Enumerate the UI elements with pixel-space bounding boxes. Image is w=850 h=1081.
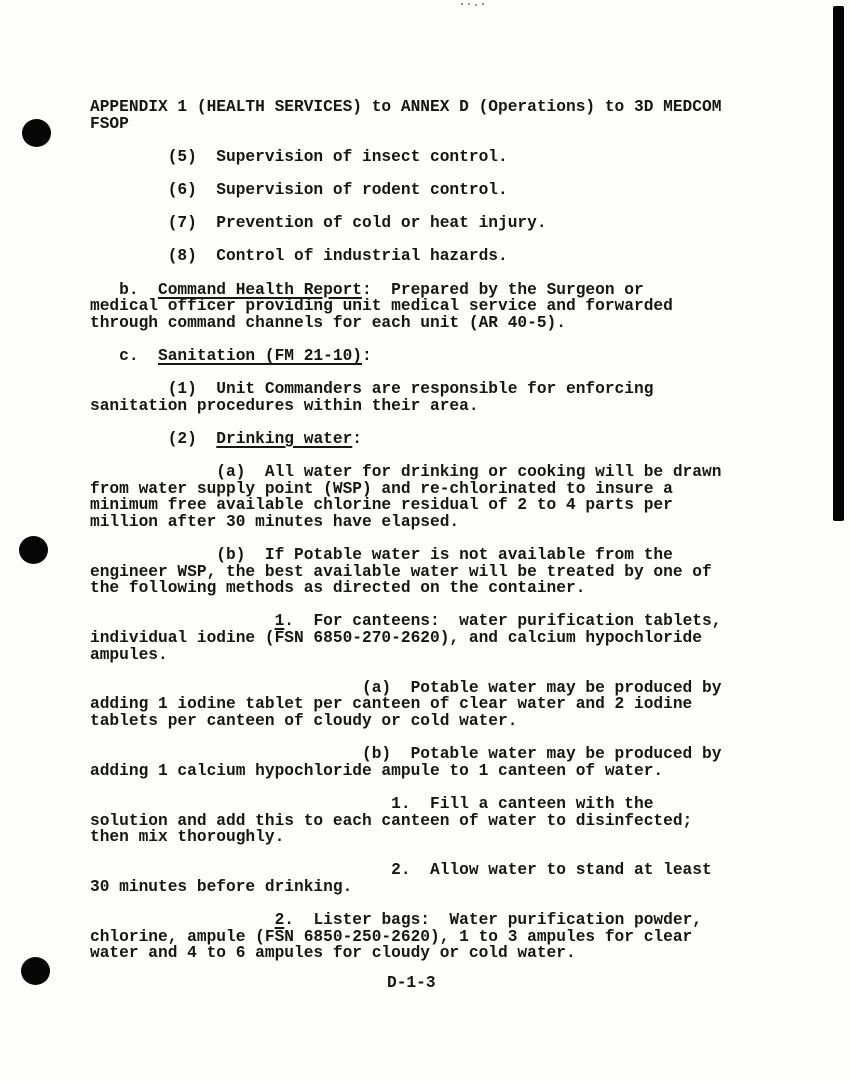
para-a-iodine-tablet: (a) Potable water may be produced byaddi… — [90, 680, 721, 730]
para-1-for-canteens: 1. For canteens: water purification tabl… — [90, 613, 721, 663]
text-line: engineer WSP, the best available water w… — [90, 564, 721, 581]
text-line: million after 30 minutes have elapsed. — [90, 514, 721, 531]
text-line: (8) Control of industrial hazards. — [90, 248, 721, 265]
text-line: minimum free available chlorine residual… — [90, 497, 721, 514]
text-line: APPENDIX 1 (HEALTH SERVICES) to ANNEX D … — [90, 99, 721, 116]
text-line: 1. Fill a canteen with the — [90, 796, 721, 813]
text-line: (5) Supervision of insect control. — [90, 149, 721, 166]
text-line: 1. For canteens: water purification tabl… — [90, 613, 721, 630]
para-b-potable-water: (b) If Potable water is not available fr… — [90, 547, 721, 597]
text-line: 2. Lister bags: Water purification powde… — [90, 912, 721, 929]
text-line: adding 1 calcium hypochloride ampule to … — [90, 763, 721, 780]
text-line: (6) Supervision of rodent control. — [90, 182, 721, 199]
text-line: 2. Allow water to stand at least — [90, 862, 721, 879]
text-line: (7) Prevention of cold or heat injury. — [90, 215, 721, 232]
para-b-command-health-report: b. Command Health Report: Prepared by th… — [90, 282, 721, 332]
item-8-industrial-hazards: (8) Control of industrial hazards. — [90, 248, 721, 265]
para-2-lister-bags: 2. Lister bags: Water purification powde… — [90, 912, 721, 962]
text-line: FSOP — [90, 116, 721, 133]
text-line: b. Command Health Report: Prepared by th… — [90, 282, 721, 299]
para-c-sanitation: c. Sanitation (FM 21-10): — [90, 348, 721, 365]
text-line: medical officer providing unit medical s… — [90, 298, 721, 315]
text-line: (b) Potable water may be produced by — [90, 746, 721, 763]
scan-edge-bar — [833, 6, 844, 521]
para-2-drinking-water: (2) Drinking water: — [90, 431, 721, 448]
page-number: D-1-3 — [387, 975, 436, 992]
text-line: individual iodine (FSN 6850-270-2620), a… — [90, 630, 721, 647]
para-a-all-water: (a) All water for drinking or cooking wi… — [90, 464, 721, 530]
appendix-title: APPENDIX 1 (HEALTH SERVICES) to ANNEX D … — [90, 99, 721, 132]
text-line: (b) If Potable water is not available fr… — [90, 547, 721, 564]
para-2-allow-water-stand: 2. Allow water to stand at least30 minut… — [90, 862, 721, 895]
para-b-calcium-hypochloride: (b) Potable water may be produced byaddi… — [90, 746, 721, 779]
text-line: the following methods as directed on the… — [90, 580, 721, 597]
text-line: (2) Drinking water: — [90, 431, 721, 448]
text-line: sanitation procedures within their area. — [90, 398, 721, 415]
scan-speck-dots — [461, 3, 463, 5]
para-1-unit-commanders: (1) Unit Commanders are responsible for … — [90, 381, 721, 414]
item-6-rodent-control: (6) Supervision of rodent control. — [90, 182, 721, 199]
text-line: tablets per canteen of cloudy or cold wa… — [90, 713, 721, 730]
text-line: chlorine, ampule (FSN 6850-250-2620), 1 … — [90, 929, 721, 946]
text-line: (a) All water for drinking or cooking wi… — [90, 464, 721, 481]
text-line: water and 4 to 6 ampules for cloudy or c… — [90, 945, 721, 962]
document-text: APPENDIX 1 (HEALTH SERVICES) to ANNEX D … — [90, 99, 721, 962]
text-line: c. Sanitation (FM 21-10): — [90, 348, 721, 365]
text-line: (1) Unit Commanders are responsible for … — [90, 381, 721, 398]
para-1-fill-canteen: 1. Fill a canteen with thesolution and a… — [90, 796, 721, 846]
document-page: APPENDIX 1 (HEALTH SERVICES) to ANNEX D … — [0, 0, 850, 1081]
text-line: through command channels for each unit (… — [90, 315, 721, 332]
punch-hole-middle — [19, 536, 48, 564]
text-line: solution and add this to each canteen of… — [90, 813, 721, 830]
text-line: (a) Potable water may be produced by — [90, 680, 721, 697]
punch-hole-bottom — [21, 957, 50, 985]
text-line: adding 1 iodine tablet per canteen of cl… — [90, 696, 721, 713]
text-line: ampules. — [90, 647, 721, 664]
text-line: 30 minutes before drinking. — [90, 879, 721, 896]
text-line: from water supply point (WSP) and re-chl… — [90, 481, 721, 498]
text-line: then mix thoroughly. — [90, 829, 721, 846]
item-5-insect-control: (5) Supervision of insect control. — [90, 149, 721, 166]
item-7-cold-heat-injury: (7) Prevention of cold or heat injury. — [90, 215, 721, 232]
punch-hole-top — [22, 119, 51, 147]
